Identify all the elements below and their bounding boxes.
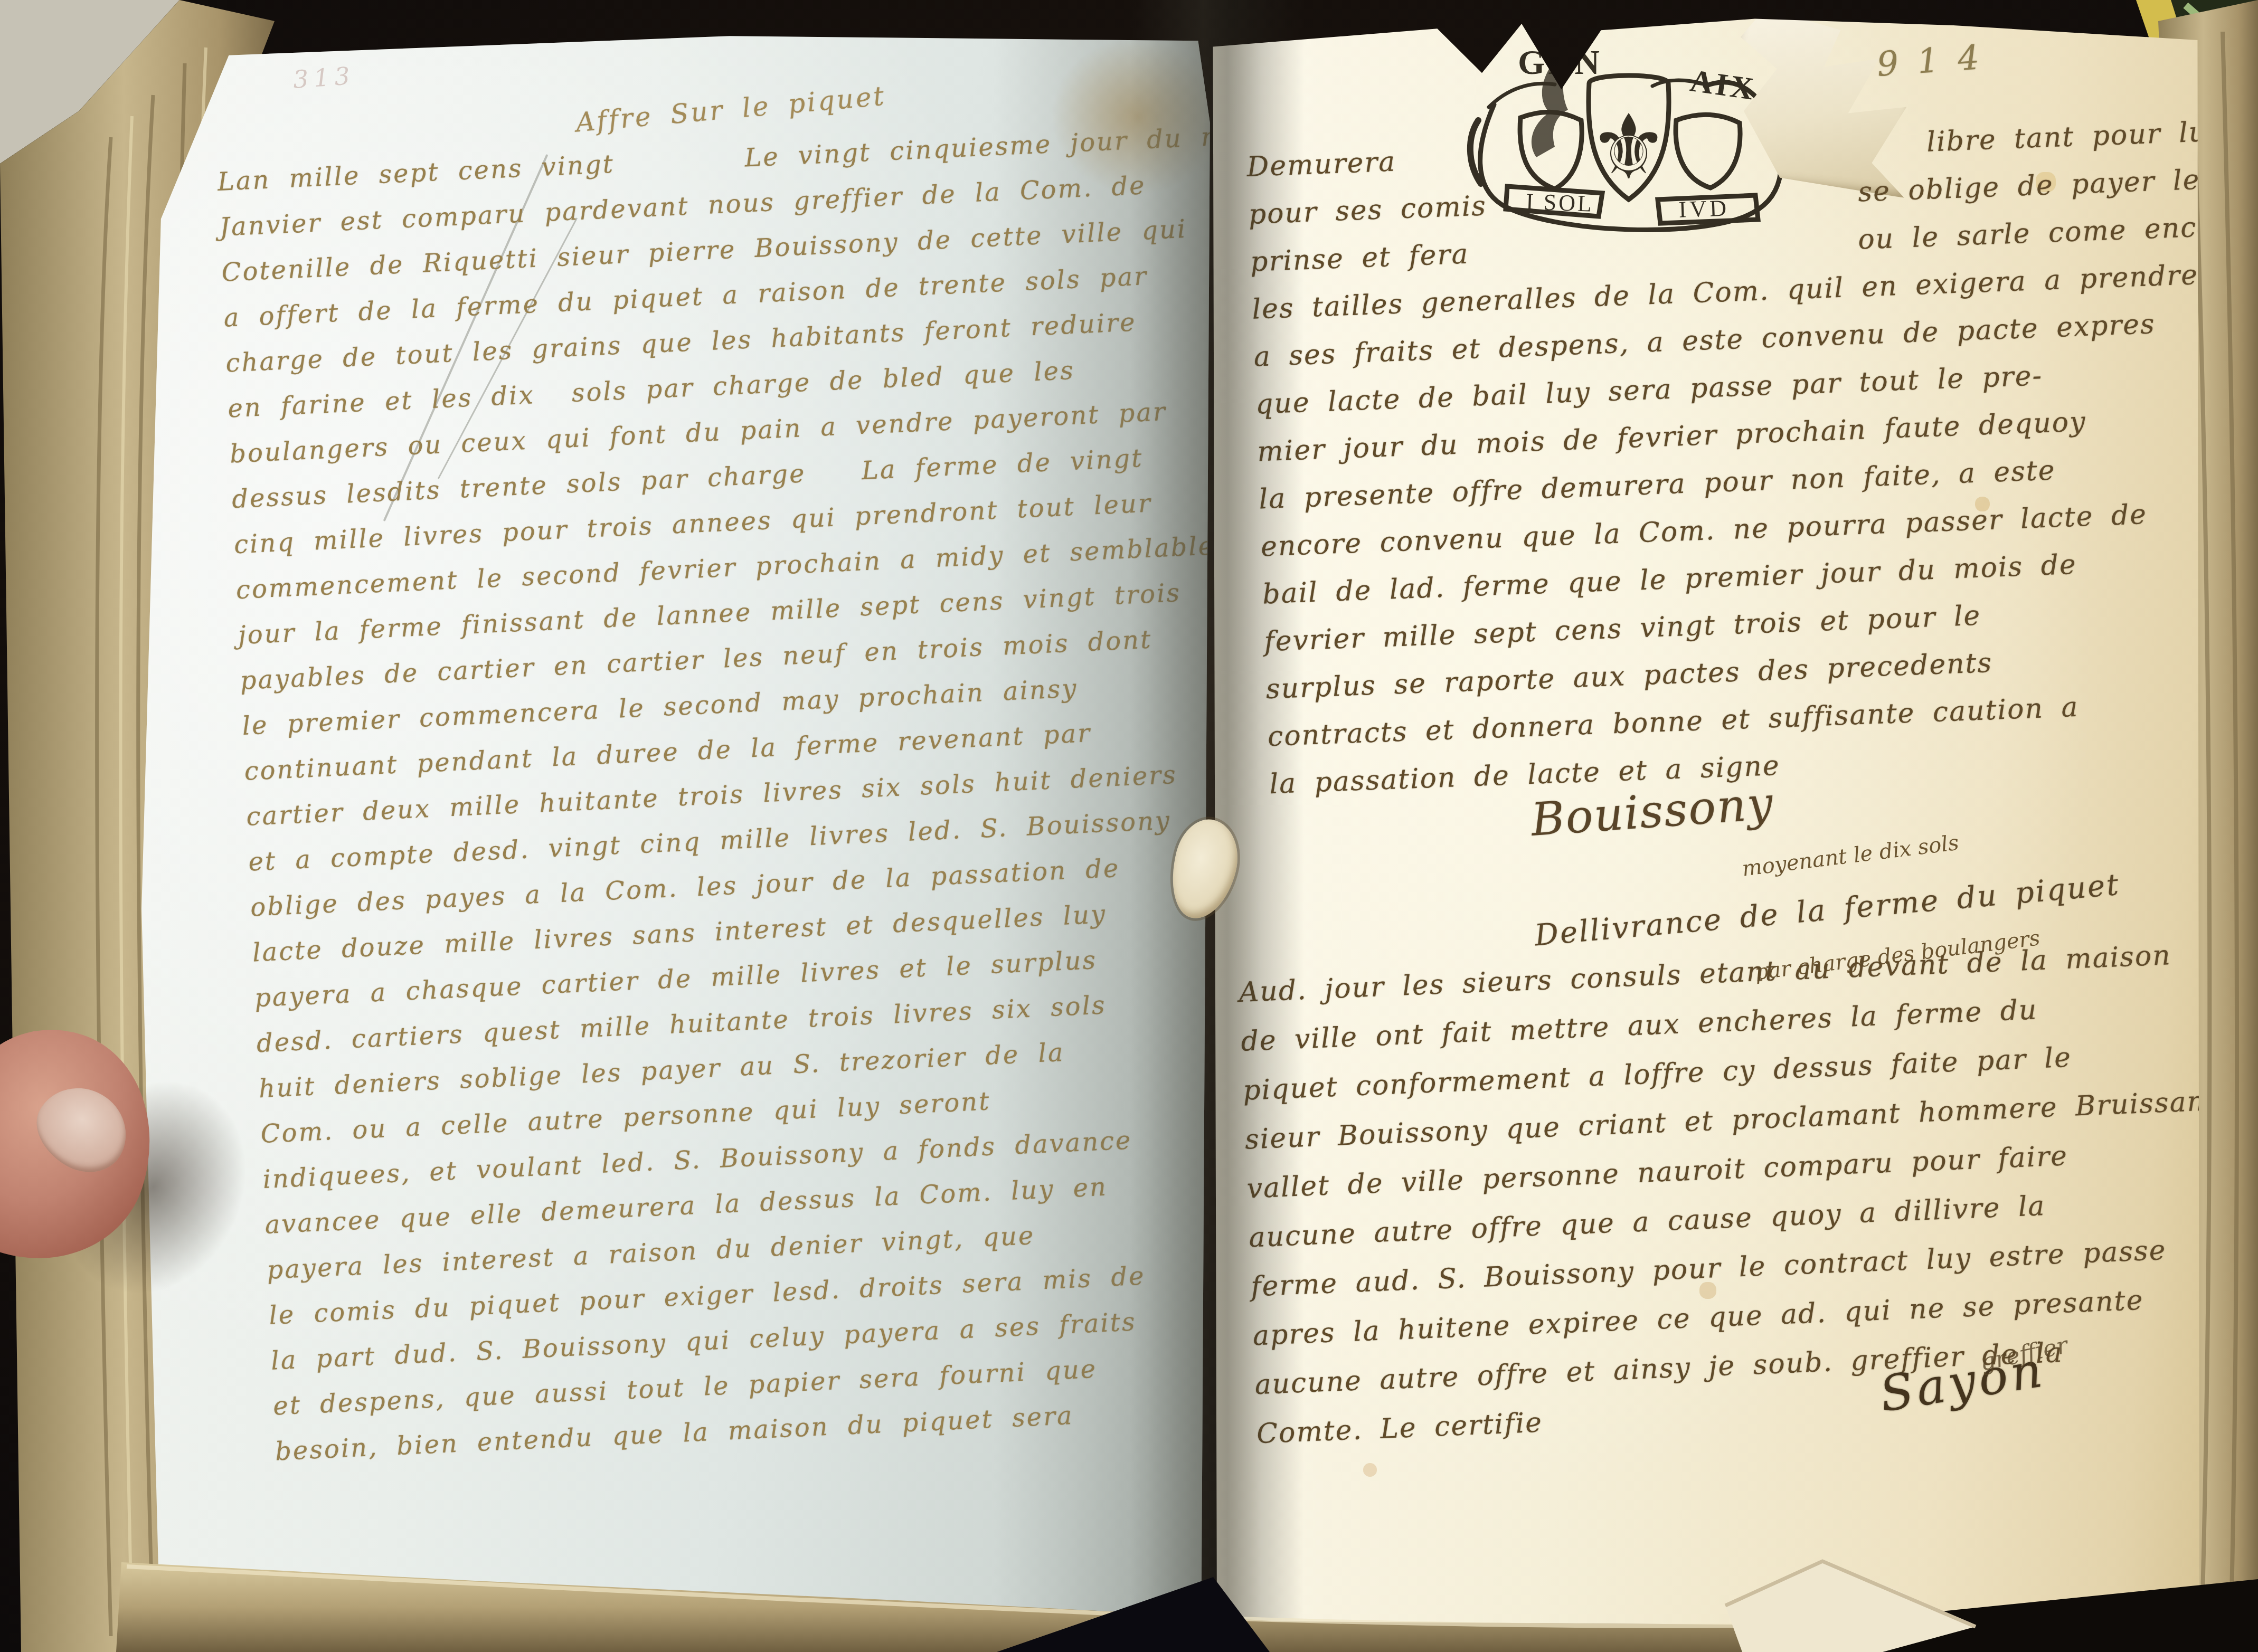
handwritten-text-block: Demurera libre tant pour luy quepour ses… <box>1246 109 2220 808</box>
left-manuscript-page: 313 Affre Sur le piquet Lan mille sept c… <box>137 26 1214 1631</box>
handwritten-text-block: Lan mille sept cens vingt Le vingt cinqu… <box>216 115 1268 1475</box>
handwritten-text-block: Aud. jour les sieurs consuls etant au de… <box>1238 930 2213 1459</box>
stamp-text-aix: AIX <box>1688 63 1758 107</box>
page-heading: Affre Sur le piquet <box>575 80 887 138</box>
page-number: 914 <box>1876 37 2000 84</box>
right-manuscript-page: 914 GEN AIX ⚜ I SOL IVD Demurera <box>1209 11 2202 1652</box>
thumbnail-fingernail <box>22 1071 142 1186</box>
gutter-stain <box>1051 37 1225 195</box>
faint-show-through-number: 313 <box>292 61 356 94</box>
annotation-line: moyenant le dix sols <box>1740 817 2029 887</box>
photo-of-open-manuscript-book: 313 Affre Sur le piquet Lan mille sept c… <box>0 0 2258 1652</box>
